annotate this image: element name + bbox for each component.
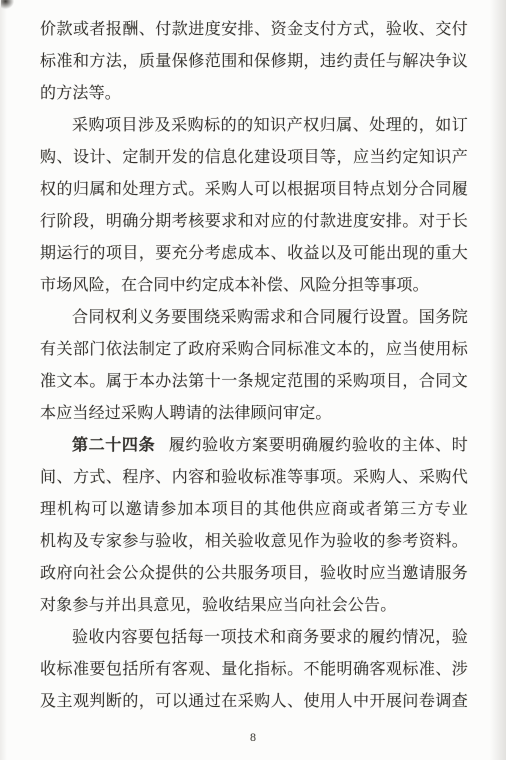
text-line: 准文本。属于本办法第十一条规定范围的采购项目，合同文 bbox=[40, 366, 468, 398]
text-line: 政府向社会公众提供的公共服务项目，验收时应当邀请服务 bbox=[40, 558, 468, 590]
page-number: 8 bbox=[0, 729, 506, 745]
text-line: 的方法等。 bbox=[40, 78, 468, 110]
paragraph: 采购项目涉及采购标的的知识产权归属、处理的，如订 购、设计、定制开发的信息化建设… bbox=[40, 110, 468, 302]
text-line: 机构及专家参与验收，相关验收意见作为验收的参考资料。 bbox=[40, 526, 468, 558]
text-line: 购、设计、定制开发的信息化建设项目等，应当约定知识产 bbox=[40, 142, 468, 174]
paragraph-article-24: 第二十四条履约验收方案要明确履约验收的主体、时 间、方式、程序、内容和验收标准等… bbox=[40, 430, 468, 622]
text-line: 采购项目涉及采购标的的知识产权归属、处理的，如订 bbox=[40, 110, 468, 142]
text-line: 期运行的项目，要充分考虑成本、收益以及可能出现的重大 bbox=[40, 238, 468, 270]
text-line: 权的归属和处理方式。采购人可以根据项目特点划分合同履 bbox=[40, 174, 468, 206]
paragraph: 价款或者报酬、付款进度安排、资金支付方式，验收、交付 标准和方法，质量保修范围和… bbox=[40, 14, 468, 110]
text-line: 行阶段，明确分期考核要求和对应的付款进度安排。对于长 bbox=[40, 206, 468, 238]
paragraph: 验收内容要包括每一项技术和商务要求的履约情况，验 收标准要包括所有客观、量化指标… bbox=[40, 622, 468, 718]
text-line: 本应当经过采购人聘请的法律顾问审定。 bbox=[40, 398, 468, 430]
article-number: 第二十四条 bbox=[72, 437, 155, 454]
text-line: 收标准要包括所有客观、量化指标。不能明确客观标准、涉 bbox=[40, 654, 468, 686]
text-line: 合同权利义务要围绕采购需求和合同履行设置。国务院 bbox=[40, 302, 468, 334]
text-line: 价款或者报酬、付款进度安排、资金支付方式，验收、交付 bbox=[40, 14, 468, 46]
text-line: 市场风险，在合同中约定成本补偿、风险分担等事项。 bbox=[40, 270, 468, 302]
paragraph: 合同权利义务要围绕采购需求和合同履行设置。国务院 有关部门依法制定了政府采购合同… bbox=[40, 302, 468, 430]
text-line: 及主观判断的，可以通过在采购人、使用人中开展问卷调查 bbox=[40, 686, 468, 718]
text-line: 有关部门依法制定了政府采购合同标准文本的，应当使用标 bbox=[40, 334, 468, 366]
document-body: 价款或者报酬、付款进度安排、资金支付方式，验收、交付 标准和方法，质量保修范围和… bbox=[40, 14, 468, 718]
text-line: 理机构可以邀请参加本项目的其他供应商或者第三方专业 bbox=[40, 494, 468, 526]
text-line: 第二十四条履约验收方案要明确履约验收的主体、时 bbox=[40, 430, 468, 462]
scan-artifact-left-edge bbox=[0, 0, 7, 760]
text-segment: 履约验收方案要明确履约验收的主体、时 bbox=[169, 437, 468, 454]
text-line: 标准和方法，质量保修范围和保修期，违约责任与解决争议 bbox=[40, 46, 468, 78]
document-page: 价款或者报酬、付款进度安排、资金支付方式，验收、交付 标准和方法，质量保修范围和… bbox=[0, 0, 506, 760]
text-line: 验收内容要包括每一项技术和商务要求的履约情况，验 bbox=[40, 622, 468, 654]
text-line: 间、方式、程序、内容和验收标准等事项。采购人、采购代 bbox=[40, 462, 468, 494]
scan-artifact-right-edge bbox=[490, 0, 506, 760]
scan-artifact-corner-speck bbox=[1, 0, 14, 9]
text-line: 对象参与并出具意见，验收结果应当向社会公告。 bbox=[40, 590, 468, 622]
